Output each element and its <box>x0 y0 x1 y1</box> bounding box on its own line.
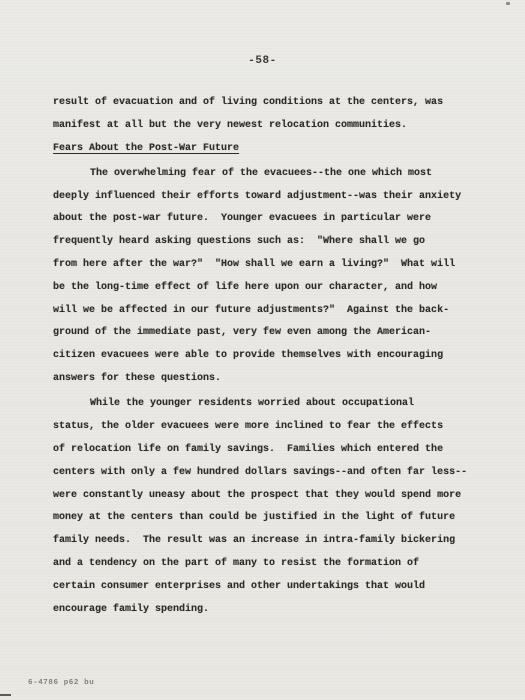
text-line: were constantly uneasy about the prospec… <box>53 485 483 508</box>
section-heading: Fears About the Post-War Future <box>53 138 483 161</box>
text-line: family needs. The result was an increase… <box>53 530 483 553</box>
text-line: and a tendency on the part of many to re… <box>53 553 483 576</box>
text-line: The overwhelming fear of the evacuees--t… <box>53 163 483 186</box>
text-line: manifest at all but the very newest relo… <box>53 115 483 138</box>
text-line: of relocation life on family savings. Fa… <box>53 439 483 462</box>
text-line: frequently heard asking questions such a… <box>53 231 483 254</box>
text-line: ground of the immediate past, very few e… <box>53 322 483 345</box>
paper-speck <box>506 2 510 5</box>
document-page: -58- result of evacuation and of living … <box>0 0 525 700</box>
text-line: While the younger residents worried abou… <box>53 393 483 416</box>
text-line: status, the older evacuees were more inc… <box>53 416 483 439</box>
text-line: from here after the war?" "How shall we … <box>53 254 483 277</box>
page-number: -58- <box>0 55 525 67</box>
text-line: answers for these questions. <box>53 368 483 391</box>
text-line: certain consumer enterprises and other u… <box>53 576 483 599</box>
print-code: 6-4786 p62 bu <box>28 679 94 687</box>
text-line: be the long-time effect of life here upo… <box>53 277 483 300</box>
text-line: centers with only a few hundred dollars … <box>53 462 483 485</box>
text-line: will we be affected in our future adjust… <box>53 300 483 323</box>
text-line: money at the centers than could be justi… <box>53 507 483 530</box>
text-line: deeply influenced their efforts toward a… <box>53 186 483 209</box>
text-line: citizen evacuees were able to provide th… <box>53 345 483 368</box>
text-line: encourage family spending. <box>53 599 483 622</box>
text-line: about the post-war future. Younger evacu… <box>53 208 483 231</box>
text-line: result of evacuation and of living condi… <box>53 92 483 115</box>
document-body: result of evacuation and of living condi… <box>53 92 483 621</box>
edge-mark <box>0 694 11 696</box>
